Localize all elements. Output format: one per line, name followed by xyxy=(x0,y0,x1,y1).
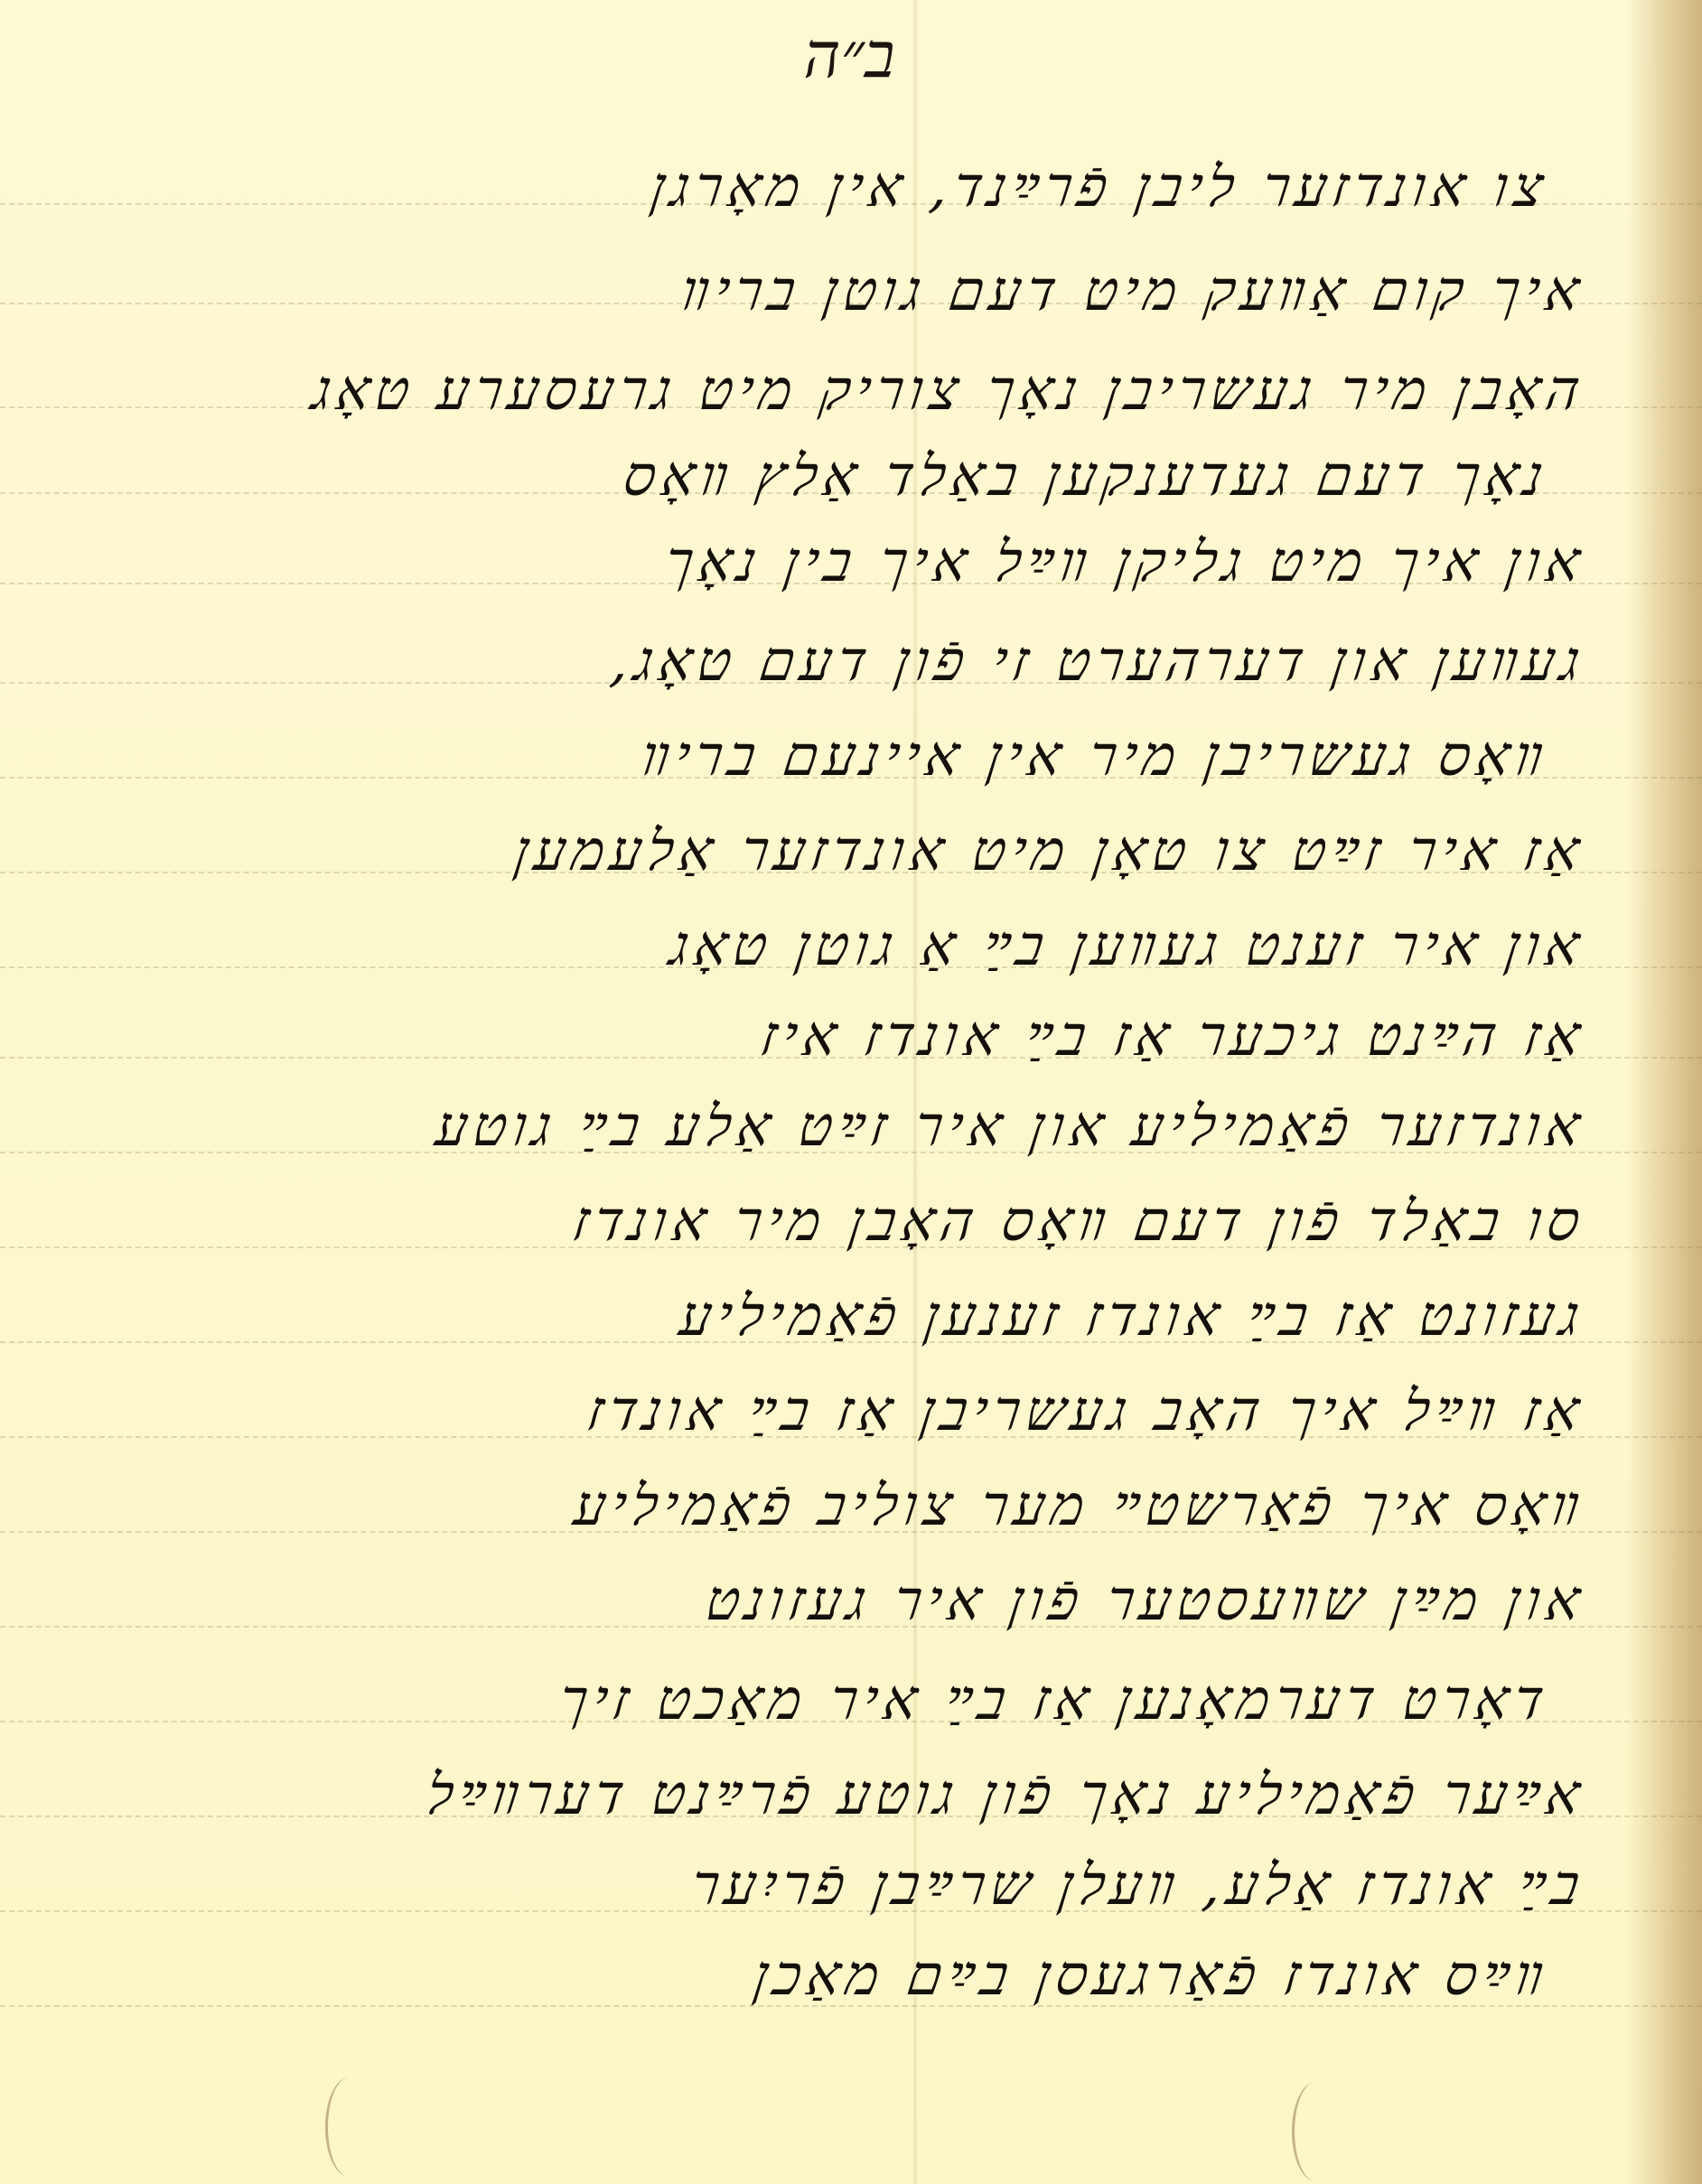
letter-line: װאָס איך פֿאַרשטײ מער צוליב פֿאַמיליע xyxy=(570,1472,1589,1539)
letter-line: בײַ אונדז אַלע, װעלן שרײַבן פֿריִער xyxy=(687,1852,1589,1918)
letter-line: נאָך דעם געדענקען באַלד אַלץ װאָס xyxy=(620,443,1553,509)
letter-line: אונדזער פֿאַמיליע און איר זײַט אַלע בײַ … xyxy=(432,1093,1590,1160)
binder-hole-mark xyxy=(1292,2082,1340,2181)
letter-page: ב״ה צו אונדזער ליבן פֿרײַנד, אין מאָרגן … xyxy=(0,0,1702,2184)
letter-line: װאָס געשריבן מיר אין איינעם בריװ xyxy=(638,723,1553,789)
letter-line: װײַס אונדז פֿאַרגעסן בײַם מאַכן xyxy=(750,1942,1553,2009)
letter-line: געזונט אַז בײַ אונדז זענען פֿאַמיליע xyxy=(676,1283,1589,1349)
letter-line: דאָרט דערמאָנען אַז בײַ איר מאַכט זיך xyxy=(556,1666,1554,1733)
letter-line: אײַער פֿאַמיליע נאָך פֿון גוטע פֿרײַנט ד… xyxy=(422,1761,1589,1828)
letter-line: איך קום אַװעק מיט דעם גוטן בריװ xyxy=(678,257,1589,324)
letter-line: אַז הײַנט גיכער אַז בײַ אונדז איז xyxy=(756,1003,1589,1069)
letter-line: און איך מיט גליקן װײַל איך בין נאָך xyxy=(660,528,1589,595)
letter-line: געװען און דערהערט זי פֿון דעם טאָג, xyxy=(607,628,1590,695)
letter-line: האָבן מיר געשריבן נאָך צוריק מיט גרעסערע… xyxy=(308,357,1589,424)
letter-line: און איר זענט געװען בײַ אַ גוטן טאָג xyxy=(666,912,1589,979)
letter-line: און מײַן שװעסטער פֿון איר געזונט xyxy=(701,1567,1589,1634)
letter-line: צו אונדזער ליבן פֿרײַנד, אין מאָרגן xyxy=(647,154,1553,220)
letter-heading: ב״ה xyxy=(777,18,921,93)
letter-line: אַז װײַל איך האָב געשריבן אַז בײַ אונדז xyxy=(584,1377,1589,1444)
binder-hole-mark xyxy=(325,2077,373,2177)
letter-line: סו באַלד פֿון דעם װאָס האָבן מיר אונדז xyxy=(569,1188,1590,1255)
letter-line: אַז איר זײַט צו טאָן מיט אונדזער אַלעמען xyxy=(510,817,1589,884)
